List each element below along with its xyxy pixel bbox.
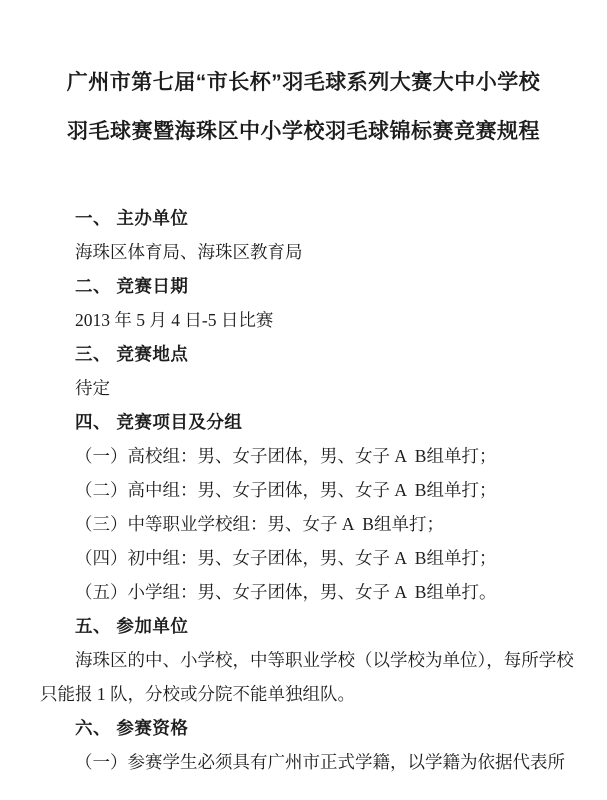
section-heading-date: 二、 竞赛日期 xyxy=(40,269,567,303)
body-line: 待定 xyxy=(40,371,567,405)
list-item: （二）高中组：男、女子团体，男、女子 A B组单打； xyxy=(40,473,567,507)
list-item: （一）高校组：男、女子团体，男、女子 A B组单打； xyxy=(40,439,567,473)
document-body: 一、 主办单位 海珠区体育局、海珠区教育局 二、 竞赛日期 2013 年 5 月… xyxy=(0,201,607,779)
body-line: （一）参赛学生必须具有广州市正式学籍，以学籍为依据代表所 xyxy=(40,745,567,779)
section-heading-events: 四、 竞赛项目及分组 xyxy=(40,405,567,439)
title-line-2: 羽毛球赛暨海珠区中小学校羽毛球锦标赛竞赛规程 xyxy=(0,119,607,144)
document-title: 广州市第七届“市长杯”羽毛球系列大赛大中小学校 羽毛球赛暨海珠区中小学校羽毛球锦… xyxy=(0,0,607,144)
section-heading-eligibility: 六、 参赛资格 xyxy=(40,711,567,745)
body-line: 海珠区体育局、海珠区教育局 xyxy=(40,235,567,269)
body-line: 只能报 1 队，分校或分院不能单独组队。 xyxy=(40,677,567,711)
document-page: 广州市第七届“市长杯”羽毛球系列大赛大中小学校 羽毛球赛暨海珠区中小学校羽毛球锦… xyxy=(0,0,607,800)
section-heading-venue: 三、 竞赛地点 xyxy=(40,337,567,371)
list-item: （五）小学组：男、女子团体，男、女子 A B组单打。 xyxy=(40,575,567,609)
list-item: （三）中等职业学校组：男、女子 A B组单打； xyxy=(40,507,567,541)
section-heading-organizer: 一、 主办单位 xyxy=(40,201,567,235)
list-item: （四）初中组：男、女子团体，男、女子 A B组单打； xyxy=(40,541,567,575)
section-heading-participants: 五、 参加单位 xyxy=(40,609,567,643)
body-line: 2013 年 5 月 4 日-5 日比赛 xyxy=(40,303,567,337)
title-line-1: 广州市第七届“市长杯”羽毛球系列大赛大中小学校 xyxy=(0,70,607,95)
body-line: 海珠区的中、小学校，中等职业学校（以学校为单位），每所学校 xyxy=(40,643,567,677)
